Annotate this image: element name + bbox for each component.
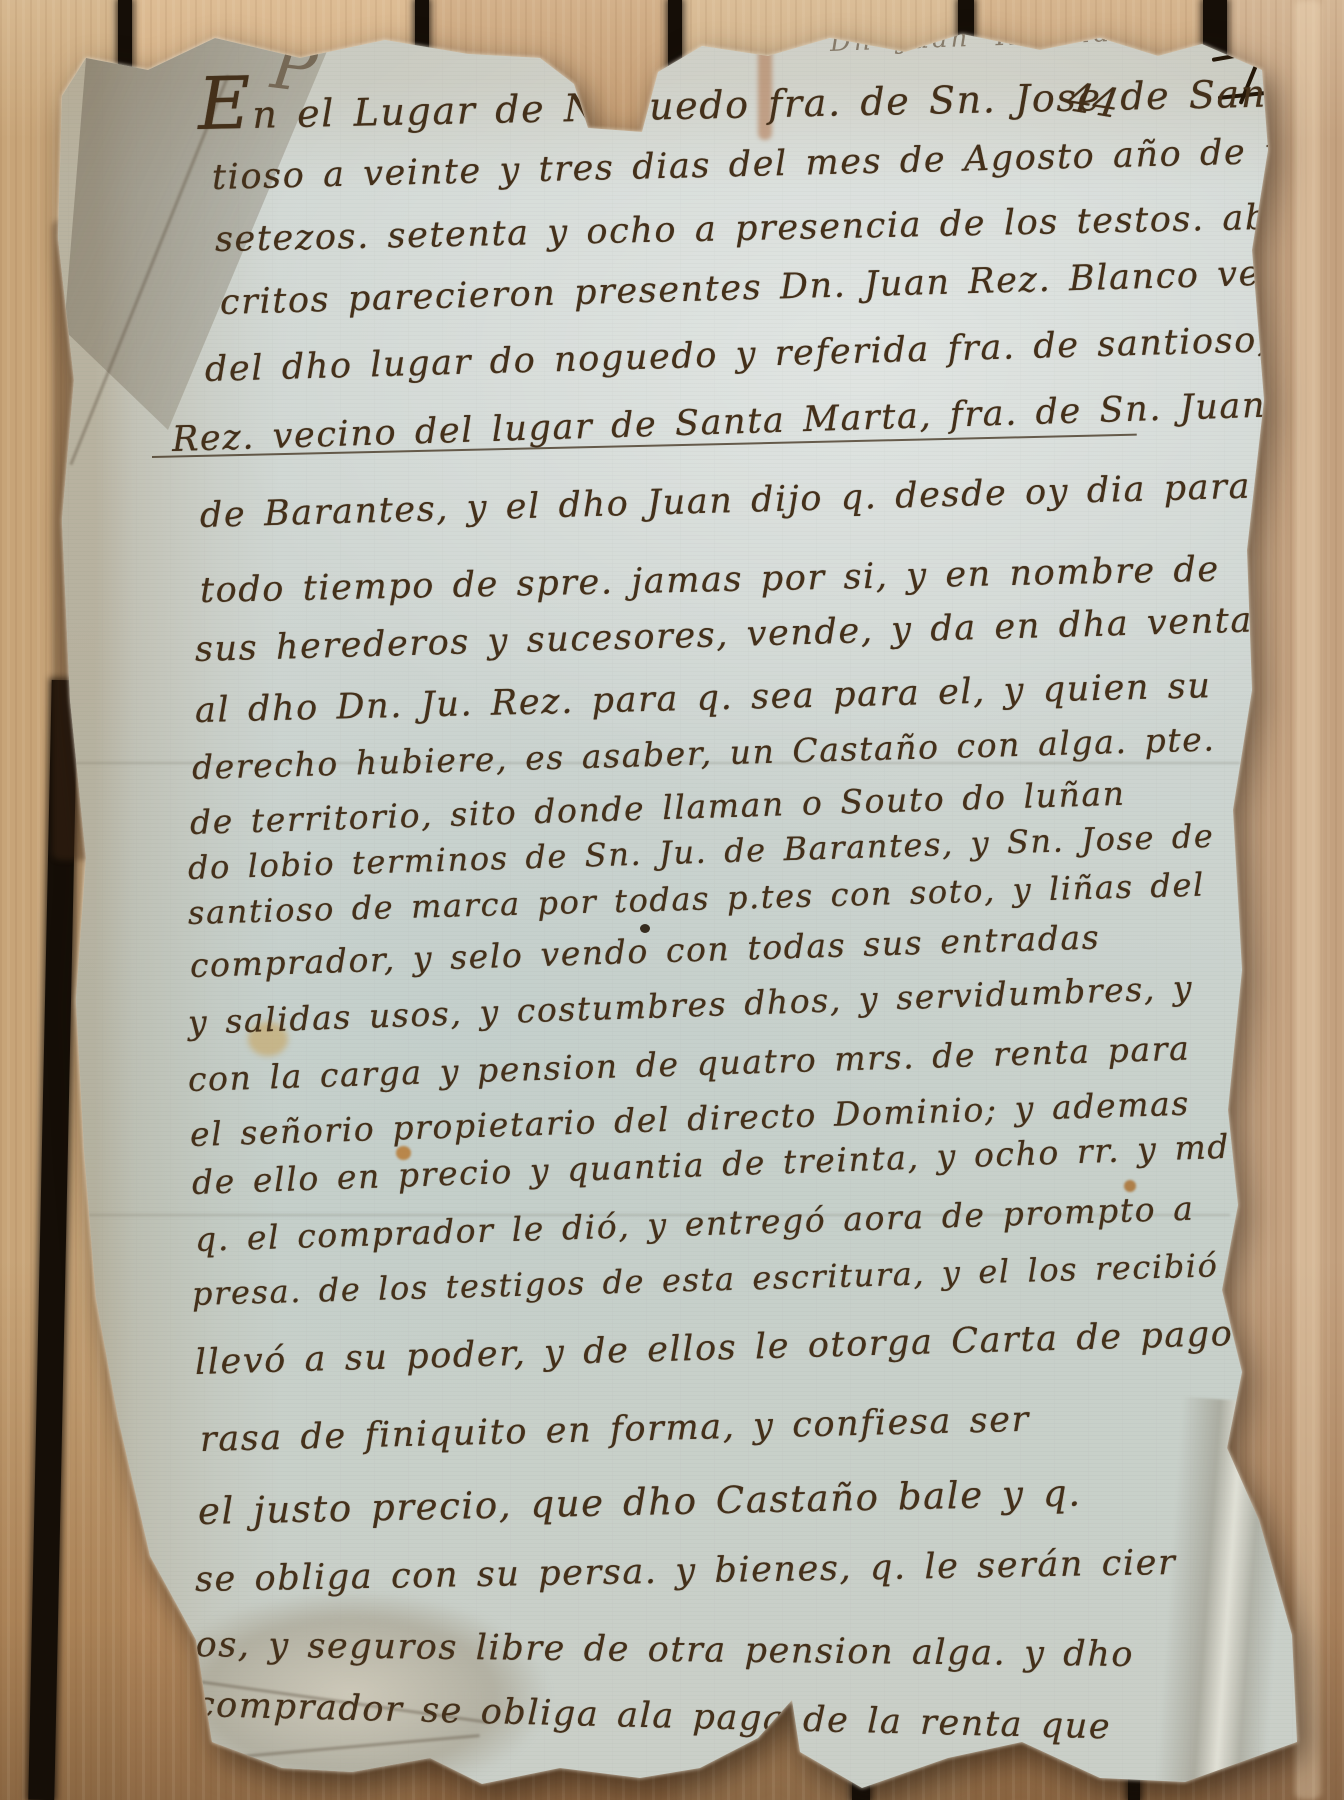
ink-blot	[1248, 1292, 1268, 1308]
photo-scene: tt Dn Juan Rz Blanco 44 P En el Lugar de…	[0, 0, 1344, 1800]
manuscript-page: tt Dn Juan Rz Blanco 44 P En el Lugar de…	[0, 0, 1344, 1800]
docket-mark: tt	[644, 10, 684, 66]
manuscript-sheet-wrap: tt Dn Juan Rz Blanco 44 P En el Lugar de…	[0, 0, 1344, 1800]
